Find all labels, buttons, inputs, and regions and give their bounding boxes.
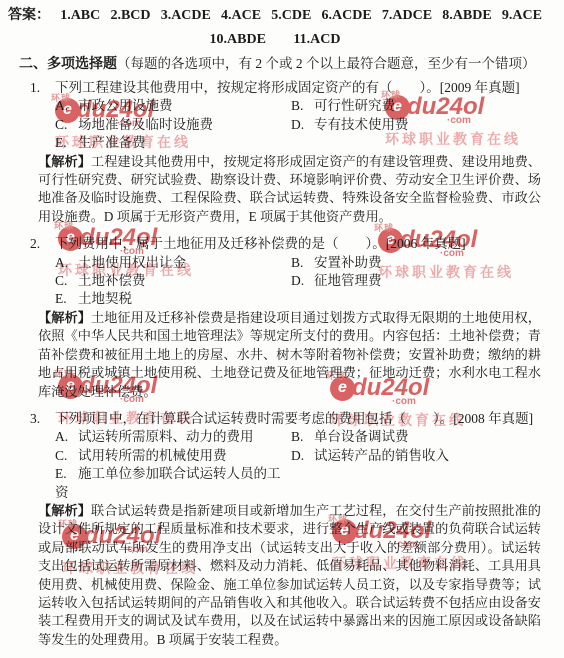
answer-item: 1.ABC (60, 7, 100, 25)
question-stem: 2.下列费用中，属于土地征用及迁移补偿费的是（ ）。[2006 年真题] (30, 235, 544, 253)
question-stem: 3.下列项目中，在计算联合试运转费时需要考虑的费用包括（ ）。[2008 年真题… (30, 410, 544, 428)
option-letter: E. (55, 290, 78, 308)
option-letter: E. (55, 465, 78, 483)
question-stem: 1.下列工程建设其他费用中，按规定将形成固定资产的有（ ）。[2009 年真题] (30, 79, 544, 97)
option-text: 生产准备费 (78, 135, 146, 150)
option-b: B.单台设备调试费 (291, 428, 544, 446)
question-stem-text: 下列项目中，在计算联合试运转费时需要考虑的费用包括（ ）。[2008 年真题] (55, 411, 533, 426)
option-text: 场地准备及临时设施费 (78, 117, 213, 132)
option-letter: C. (55, 116, 78, 134)
option-c: C.土地补偿费 (55, 272, 291, 290)
analysis-text: 土地征用及迁移补偿费是指建设项目通过划拨方式取得无限期的土地使用权，依照《中华人… (38, 310, 541, 399)
option-text: 土地契税 (78, 291, 132, 306)
analysis-paragraph: 【解析】联合试运转费是指新建项目或新增加生产工艺过程，在交付生产前按照批准的设计… (30, 502, 544, 649)
analysis-label: 【解析】 (38, 310, 91, 325)
question-number: 1. (30, 79, 55, 97)
options-grid: A.市政公用设施费 B.可行性研究费 C.场地准备及临时设施费 D.专有技术使用… (30, 97, 544, 152)
answers-line-1: 答案： 1.ABC 2.BCD 3.ACDE 4.ACE 5.CDE 6.ACD… (6, 7, 544, 25)
analysis-label: 【解析】 (38, 503, 91, 518)
questions-list: 1.下列工程建设其他费用中，按规定将形成固定资产的有（ ）。[2009 年真题]… (6, 79, 544, 649)
option-text: 土地使用权出让金 (78, 255, 186, 270)
option-letter: A. (55, 254, 78, 272)
option-letter: A. (55, 428, 78, 446)
option-text: 安置补助费 (314, 255, 382, 270)
analysis-label: 【解析】 (38, 154, 91, 169)
option-text: 可行性研究费 (314, 98, 395, 113)
section-title: 二、多项选择题 (19, 57, 117, 72)
answer-item: 6.ACDE (322, 7, 372, 25)
answer-item: 3.ACDE (161, 7, 211, 25)
section-heading: 二、多项选择题（每题的各选项中，有 2 个或 2 个以上最符合题意，至少有一个错… (6, 55, 544, 74)
option-letter: A. (55, 97, 78, 115)
option-letter: B. (291, 428, 314, 446)
option-text: 市政公用设施费 (78, 98, 173, 113)
analysis-paragraph: 【解析】工程建设其他费用中，按规定将形成固定资产的有建设管理费、建设用地费、可行… (30, 153, 544, 227)
option-text: 施工单位参加联合试运转人员的工资 (55, 466, 281, 499)
question-number: 3. (30, 410, 55, 428)
option-d: D.征地管理费 (291, 272, 544, 290)
question-number: 2. (30, 235, 55, 253)
answer-item: 5.CDE (271, 7, 311, 25)
question-1: 1.下列工程建设其他费用中，按规定将形成固定资产的有（ ）。[2009 年真题]… (30, 79, 544, 226)
exam-answer-sheet: 环球edu24ol ·com 环球职业教育在线 环球edu24ol ·com 环… (0, 0, 564, 658)
option-a: A.土地使用权出让金 (55, 254, 291, 272)
answer-item: 10.ABDE (210, 32, 266, 47)
option-c: C.场地准备及临时设施费 (55, 116, 291, 134)
option-text: 土地补偿费 (78, 273, 146, 288)
option-text: 试运转所需原料、动力的费用 (78, 429, 254, 444)
document-content: 答案： 1.ABC 2.BCD 3.ACDE 4.ACE 5.CDE 6.ACD… (0, 0, 564, 649)
option-text: 专有技术使用费 (314, 117, 409, 132)
option-letter: D. (291, 447, 314, 465)
option-d: D.试运转产品的销售收入 (291, 447, 544, 465)
options-grid: A.试运转所需原料、动力的费用 B.单台设备调试费 C.试用转所需的机械使用费 … (30, 428, 544, 502)
option-letter: B. (291, 254, 314, 272)
option-letter: D. (291, 116, 314, 134)
option-a: A.试运转所需原料、动力的费用 (55, 428, 291, 446)
option-letter: C. (55, 272, 78, 290)
section-note: （每题的各选项中，有 2 个或 2 个以上最符合题意，至少有一个错项） (117, 56, 536, 71)
question-stem-text: 下列工程建设其他费用中，按规定将形成固定资产的有（ ）。[2009 年真题] (55, 80, 520, 95)
answer-item: 11.ACD (293, 32, 340, 47)
question-2: 2.下列费用中，属于土地征用及迁移补偿费的是（ ）。[2006 年真题] A.土… (30, 235, 544, 401)
option-letter: C. (55, 447, 78, 465)
option-b: B.可行性研究费 (291, 97, 544, 115)
answer-item: 4.ACE (221, 7, 261, 25)
options-grid: A.土地使用权出让金 B.安置补助费 C.土地补偿费 D.征地管理费 E.土地契… (30, 254, 544, 309)
question-3: 3.下列项目中，在计算联合试运转费时需要考虑的费用包括（ ）。[2008 年真题… (30, 410, 544, 649)
analysis-paragraph: 【解析】土地征用及迁移补偿费是指建设项目通过划拨方式取得无限期的土地使用权，依照… (30, 309, 544, 401)
answer-item: 9.ACE (502, 7, 542, 25)
answer-item: 8.ABDE (442, 7, 491, 25)
option-text: 试用转所需的机械使用费 (78, 448, 227, 463)
option-e: E.施工单位参加联合试运转人员的工资 (55, 465, 291, 502)
answer-item: 7.ADCE (382, 7, 432, 25)
answers-label: 答案： (8, 7, 50, 25)
option-letter: D. (291, 272, 314, 290)
option-text: 试运转产品的销售收入 (314, 448, 449, 463)
answers-line-2: 10.ABDE 11.ACD (6, 31, 544, 49)
option-e: E.土地契税 (55, 290, 291, 308)
option-d: D.专有技术使用费 (291, 116, 544, 134)
analysis-text: 联合试运转费是指新建项目或新增加生产工艺过程，在交付生产前按照批准的设计文件所规… (38, 503, 541, 647)
option-a: A.市政公用设施费 (55, 97, 291, 115)
analysis-text: 工程建设其他费用中，按规定将形成固定资产的有建设管理费、建设用地费、可行性研究费… (38, 154, 541, 224)
answer-item: 2.BCD (110, 7, 150, 25)
option-e: E.生产准备费 (55, 134, 291, 152)
option-letter: E. (55, 134, 78, 152)
option-c: C.试用转所需的机械使用费 (55, 447, 291, 465)
question-stem-text: 下列费用中，属于土地征用及迁移补偿费的是（ ）。[2006 年真题] (55, 236, 466, 251)
option-text: 征地管理费 (314, 273, 382, 288)
option-text: 单台设备调试费 (314, 429, 409, 444)
option-letter: B. (291, 97, 314, 115)
option-b: B.安置补助费 (291, 254, 544, 272)
